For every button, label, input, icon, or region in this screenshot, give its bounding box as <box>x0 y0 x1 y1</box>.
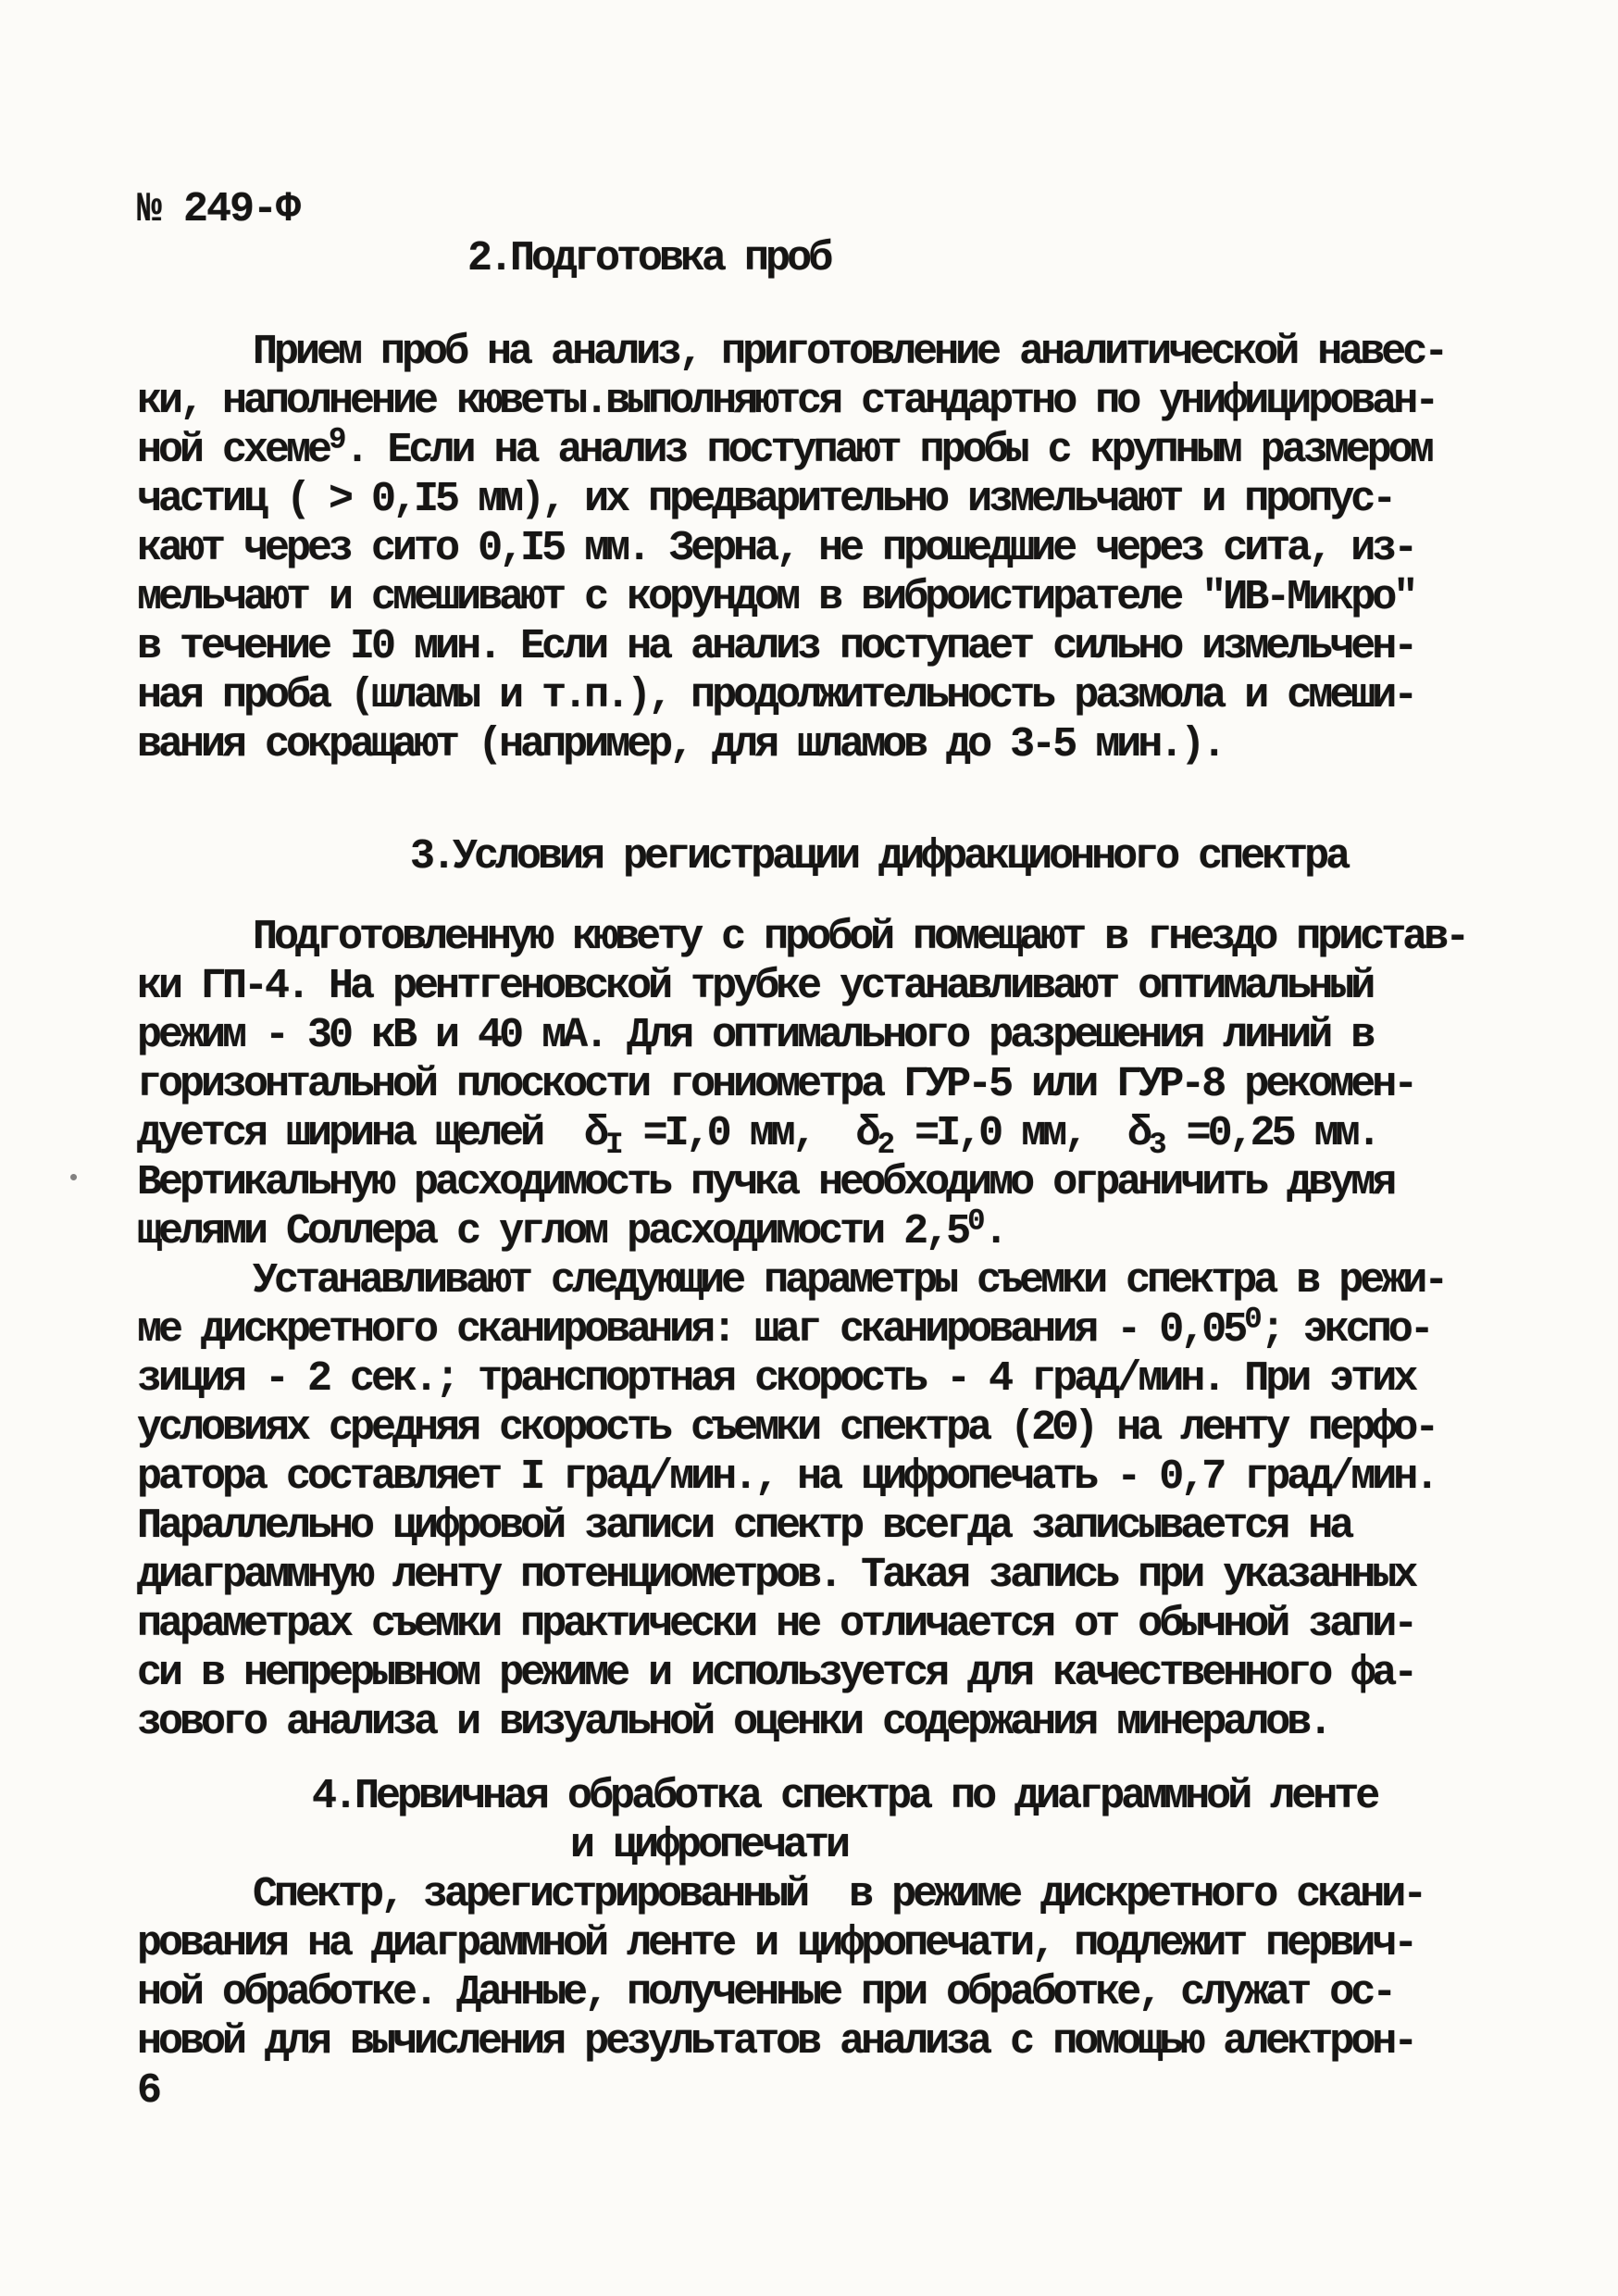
text-line: ной схеме9. Если на анализ поступают про… <box>137 426 1488 475</box>
text-segment: . <box>984 1208 1005 1255</box>
text-line: ме дискретного сканирования: шаг сканиро… <box>137 1305 1488 1354</box>
degree-superscript: 0 <box>967 1204 983 1238</box>
text-line: частиц ( > 0,I5 мм), их предварительно и… <box>137 475 1488 524</box>
text-line: ки, наполнение кюветы.выполняются станда… <box>137 377 1488 426</box>
text-line: ратора составляет I град/мин., на цифроп… <box>137 1453 1488 1502</box>
text-line: режим - 30 кВ и 40 мА. Для оптимального … <box>137 1011 1488 1060</box>
text-line: кают через сито 0,I5 мм. Зерна, не проше… <box>137 524 1488 573</box>
scan-artifact-dot <box>70 1174 77 1180</box>
text-segment: . Если на анализ поступают пробы с крупн… <box>345 427 1431 474</box>
text-line: щелями Соллера с углом расходимости 2,50… <box>137 1207 1488 1256</box>
text-segment: дуется ширина щелей δ <box>137 1110 605 1157</box>
text-line: зового анализа и визуальной оценки содер… <box>137 1698 1488 1747</box>
text-line: вания сокращают (например, для шламов до… <box>137 720 1488 769</box>
text-line: ная проба (шламы и т.п.), продолжительно… <box>137 671 1488 720</box>
text-segment: =I,0 мм, δ <box>622 1110 877 1157</box>
text-line: зиция - 2 сек.; транспортная скорость - … <box>137 1354 1488 1404</box>
text-line: Устанавливают следующие параметры съемки… <box>137 1256 1488 1305</box>
text-line: ки ГП-4. На рентгеновской трубке устанав… <box>137 962 1488 1011</box>
text-line: Вертикальную расходимость пучка необходи… <box>137 1158 1488 1207</box>
text-line: новой для вычисления результатов анализа… <box>137 2017 1488 2066</box>
section-4-heading-line1: 4.Первичная обработка спектра по диаграм… <box>312 1772 1488 1821</box>
text-segment: ной схеме <box>137 427 329 474</box>
delta-subscript-2: 2 <box>877 1128 893 1162</box>
text-line: Прием проб на анализ, приготовление анал… <box>137 328 1488 377</box>
section-4-paragraph: Спектр, зарегистрированный в режиме диск… <box>137 1870 1488 2066</box>
text-segment: щелями Соллера с углом расходимости 2,5 <box>137 1208 967 1255</box>
text-line: горизонтальной плоскости гониометра ГУР-… <box>137 1060 1488 1109</box>
text-line: Параллельно цифровой записи спектр всегд… <box>137 1502 1488 1551</box>
section-2-heading: 2.Подготовка проб <box>467 234 1488 283</box>
text-line: диаграммную ленту потенциометров. Такая … <box>137 1551 1488 1600</box>
text-line: условиях средняя скорость съемки спектра… <box>137 1404 1488 1453</box>
footnote-superscript: 9 <box>329 422 344 456</box>
section-3-heading: 3.Условия регистрации дифракционного спе… <box>410 832 1488 881</box>
text-line: си в непрерывном режиме и используется д… <box>137 1649 1488 1698</box>
page-number: 6 <box>137 2066 1488 2115</box>
delta-subscript-3: 3 <box>1149 1128 1164 1162</box>
text-segment: ; экспо- <box>1261 1306 1431 1354</box>
text-line: мельчают и смешивают с корундом в виброи… <box>137 573 1488 622</box>
text-line: Подготовленную кювету с пробой помещают … <box>137 913 1488 962</box>
text-line: в течение I0 мин. Если на анализ поступа… <box>137 622 1488 671</box>
delta-subscript-1: I <box>605 1128 621 1162</box>
text-line: рования на диаграммной ленте и цифропеча… <box>137 1919 1488 1968</box>
doc-number: № 249-Ф <box>137 185 1488 234</box>
degree-superscript: 0 <box>1244 1302 1260 1336</box>
section-2-paragraph: Прием проб на анализ, приготовление анал… <box>137 328 1488 769</box>
document-page: № 249-Ф 2.Подготовка проб Прием проб на … <box>0 0 1618 2296</box>
text-line: Спектр, зарегистрированный в режиме диск… <box>137 1870 1488 1919</box>
section-4-heading-line2: и цифропечати <box>570 1821 1488 1870</box>
text-segment: ме дискретного сканирования: шаг сканиро… <box>137 1306 1244 1354</box>
text-line: параметрах съемки практически не отличае… <box>137 1600 1488 1649</box>
section-3-paragraphs: Подготовленную кювету с пробой помещают … <box>137 913 1488 1747</box>
text-line: ной обработке. Данные, полученные при об… <box>137 1968 1488 2017</box>
text-segment: =0,25 мм. <box>1165 1110 1378 1157</box>
text-segment: =I,0 мм, δ <box>893 1110 1149 1157</box>
text-line-slit-widths: дуется ширина щелей δI =I,0 мм, δ2 =I,0 … <box>137 1109 1488 1158</box>
